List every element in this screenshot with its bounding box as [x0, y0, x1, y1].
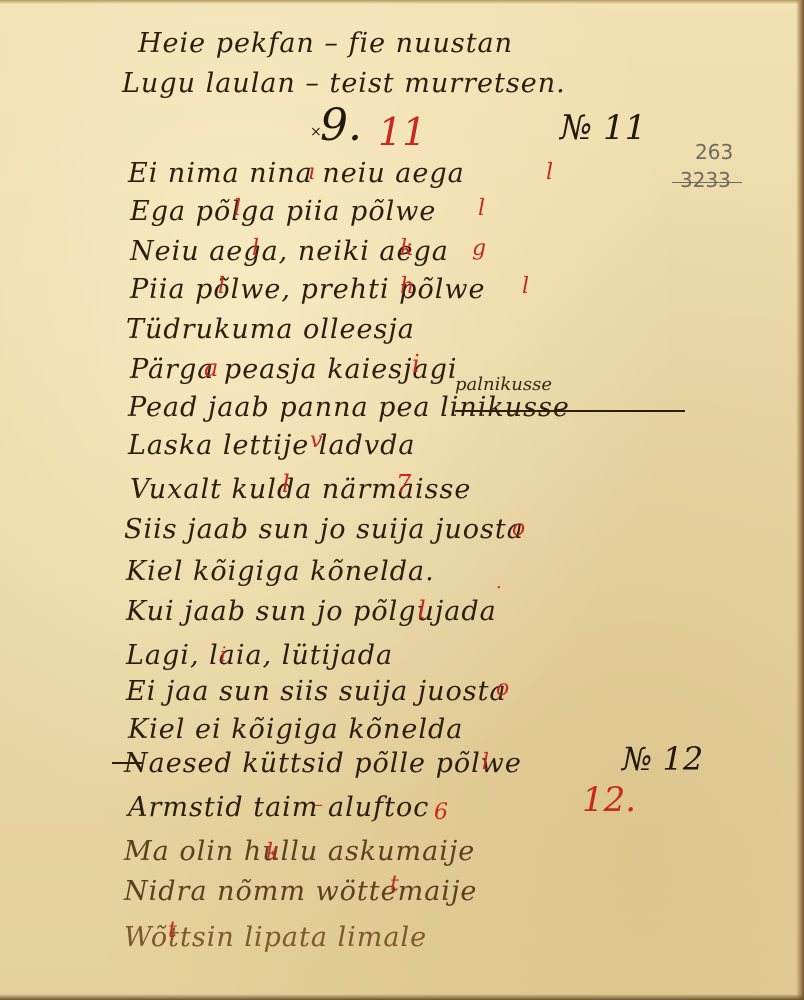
archive-number-struck: 3233 — [680, 168, 731, 192]
verse-line: Laska lettije ladvda — [128, 430, 415, 461]
verse-line: Kiel kõigiga kõnelda. — [126, 556, 435, 587]
x-mark: × — [310, 124, 322, 140]
red-correction-mark: 7 — [396, 470, 411, 498]
verse-line: Piia põlwe, prehti põlwe — [130, 274, 485, 305]
red-correction-mark: – — [314, 794, 323, 815]
paper-top-edge — [0, 0, 804, 4]
verse-line: Pärga peasja kaiesjagi — [130, 354, 458, 385]
red-correction-mark: l — [478, 196, 485, 221]
red-correction-mark: l — [482, 750, 489, 775]
heading-line-1: Heie pekfan – fie nuustan — [138, 28, 513, 59]
song-number-11: № 11 — [560, 108, 646, 148]
verse-line: Vuxalt kulda närmaisse — [130, 474, 471, 505]
red-correction-mark: a — [204, 354, 218, 382]
verse-line: Ega põlga piia põlwe — [130, 196, 436, 227]
strikethrough-line — [455, 410, 685, 412]
song-number-12: № 12 — [622, 740, 703, 778]
paper-right-edge — [796, 0, 804, 1000]
verse-line: Armstid taim aluftoc — [128, 792, 429, 823]
red-correction-mark: g — [472, 236, 486, 261]
red-correction-mark: o — [512, 516, 525, 541]
archive-strike-line — [672, 182, 742, 183]
page-mark: 9. — [320, 100, 362, 151]
verse-line: Lagi, laia, lütijada — [126, 640, 393, 671]
red-correction-mark: t — [390, 872, 399, 897]
red-correction-mark: l — [282, 470, 290, 498]
red-correction-mark: i — [220, 642, 226, 666]
verse-line: Kui jaab sun jo põlgujada — [126, 596, 497, 627]
red-correction-mark: t — [168, 918, 177, 943]
red-correction-mark: v — [310, 428, 322, 453]
red-correction-mark: l — [546, 160, 553, 185]
red-correction-mark: l — [234, 196, 241, 221]
archive-number: 263 — [695, 140, 733, 164]
red-correction-mark: l — [252, 236, 259, 261]
red-correction-mark: l — [522, 274, 529, 299]
verse-line: Naesed küttsid põlle põlwe — [124, 748, 522, 779]
verse-line: Siis jaab sun jo suija juosta — [124, 514, 524, 545]
red-correction-mark: k — [266, 840, 279, 865]
red-number-11: 11 — [378, 110, 426, 154]
verse-line: Ma olin hullu askumaije — [124, 836, 475, 867]
verse-line: Pead jaab panna pea linikusse — [128, 392, 570, 423]
paper-bottom-edge — [0, 994, 804, 1000]
red-correction-mark: l — [218, 274, 225, 299]
red-correction-mark: k — [400, 236, 413, 261]
manuscript-page: Heie pekfan – fie nuustan Lugu laulan – … — [0, 0, 804, 1000]
red-correction-mark: . — [496, 572, 502, 593]
verse-line: Ei nima nina neiu aega — [128, 158, 465, 189]
red-number-12: 12. — [582, 780, 636, 820]
red-correction-mark: l — [418, 596, 426, 624]
red-correction-mark: 6 — [434, 800, 448, 825]
verse-line: Kiel ei kõigiga kõnelda — [128, 714, 463, 745]
red-correction-mark: o — [496, 676, 509, 701]
red-correction-mark: ı — [308, 160, 315, 185]
heading-line-2: Lugu laulan – teist murretsen. — [122, 68, 566, 99]
verse-line: Tüdrukuma olleesja — [126, 314, 415, 345]
red-correction-mark: h — [400, 274, 414, 299]
red-correction-mark: i — [412, 350, 420, 378]
verse-line: Nidra nõmm wöttemaije — [124, 876, 477, 907]
verse-line: Ei jaa sun siis suija juosta — [126, 676, 507, 707]
